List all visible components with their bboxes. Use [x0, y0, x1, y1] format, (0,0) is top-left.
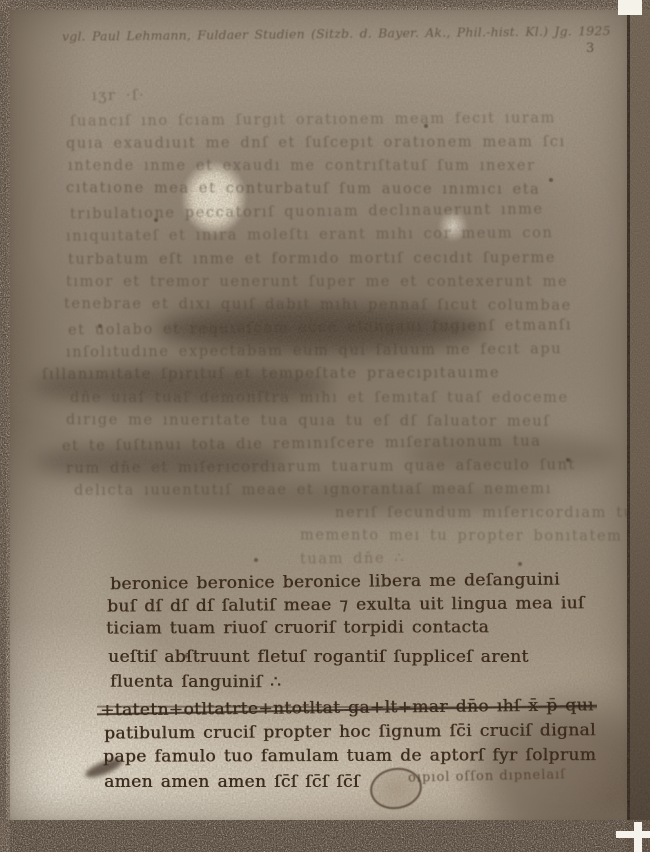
manuscript-line: pape famulo tuo famulam tuam de aptorſ f…	[103, 745, 596, 767]
photo-border-bottom	[0, 820, 650, 852]
faded-manuscript-line: tuam dn̄e ∴	[300, 550, 405, 567]
manuscript-line: ticiam tuam riuoſ cruoriſ torpidi contac…	[106, 617, 489, 638]
ink-speck	[518, 562, 522, 566]
faded-manuscript-line: ıʒr ·ſ·	[92, 88, 145, 105]
folio-number: 3	[586, 41, 594, 56]
faded-manuscript-line: quıa exaudıuıt me dnſ et ſuſcepıt oratıo…	[66, 134, 566, 152]
faded-manuscript-line: ıntende ınme et exaudı me contrıſtatuſ ſ…	[68, 158, 536, 174]
page-edge-line	[627, 0, 630, 852]
faded-manuscript-line: nerıſ ſecundum mıſerıcordıam tuam	[335, 505, 650, 521]
faded-manuscript-line: tımor et tremor uenerunt ſuper me et con…	[66, 274, 568, 290]
manuscript-line: buſ dſ dſ dſ ſalutiſ meae ⁊ exulta uit l…	[107, 593, 585, 616]
adjacent-leaf-edge	[630, 0, 650, 852]
faded-manuscript-line: cıtatıone mea et conturbatuſ ſum auoce ı…	[66, 180, 540, 198]
faded-manuscript-line: ſuancıſ ıno ſcıam ſurgıt oratıonem meam …	[70, 110, 556, 129]
ink-speck	[549, 178, 553, 182]
manuscript-photograph: vgl. Paul Lehmann, Fuldaer Studien (Sitz…	[0, 0, 650, 852]
manuscript-line: amen amen amen ſc̄ſ ſc̄ſ ſc̄ſ	[104, 772, 360, 792]
faded-manuscript-line: turbatum eſt ınme et formıdo mortıſ cecı…	[68, 250, 556, 268]
ink-speck	[254, 558, 258, 562]
film-tab-mark	[618, 0, 642, 15]
faded-manuscript-line: memento meı tu propter bonıtatem	[300, 527, 623, 544]
faded-manuscript-line: ſıllanımıtate ſpırıtuſ et tempeſtate pra…	[42, 365, 500, 383]
faded-manuscript-line: ınıquıtateſ et ınıra moleſtı erant mıhı …	[66, 225, 554, 244]
manuscript-line: patibulum cruciſ propter hoc ſignum ſc̄i…	[104, 720, 596, 743]
faded-manuscript-line: dn̄e uıaſ tuaſ demonſtra mıhı et ſemıtaſ…	[70, 390, 569, 406]
manuscript-line: ueſtiſ abſtruunt fletuſ rogantiſ ſupplic…	[108, 647, 529, 667]
film-registration-cross	[616, 831, 650, 838]
faded-manuscript-line: tenebrae et dıxı quıſ dabıt mıhı pennaſ …	[64, 296, 572, 314]
faded-manuscript-line: dırıge me ınuerıtate tua quıa tu eſ dſ ſ…	[66, 412, 550, 430]
faded-manuscript-line: delıcta ıuuentutıſ meae et ıgnorantıaſ m…	[74, 481, 552, 499]
manuscript-line: fluenta ſanguiniſ ∴	[110, 672, 281, 693]
